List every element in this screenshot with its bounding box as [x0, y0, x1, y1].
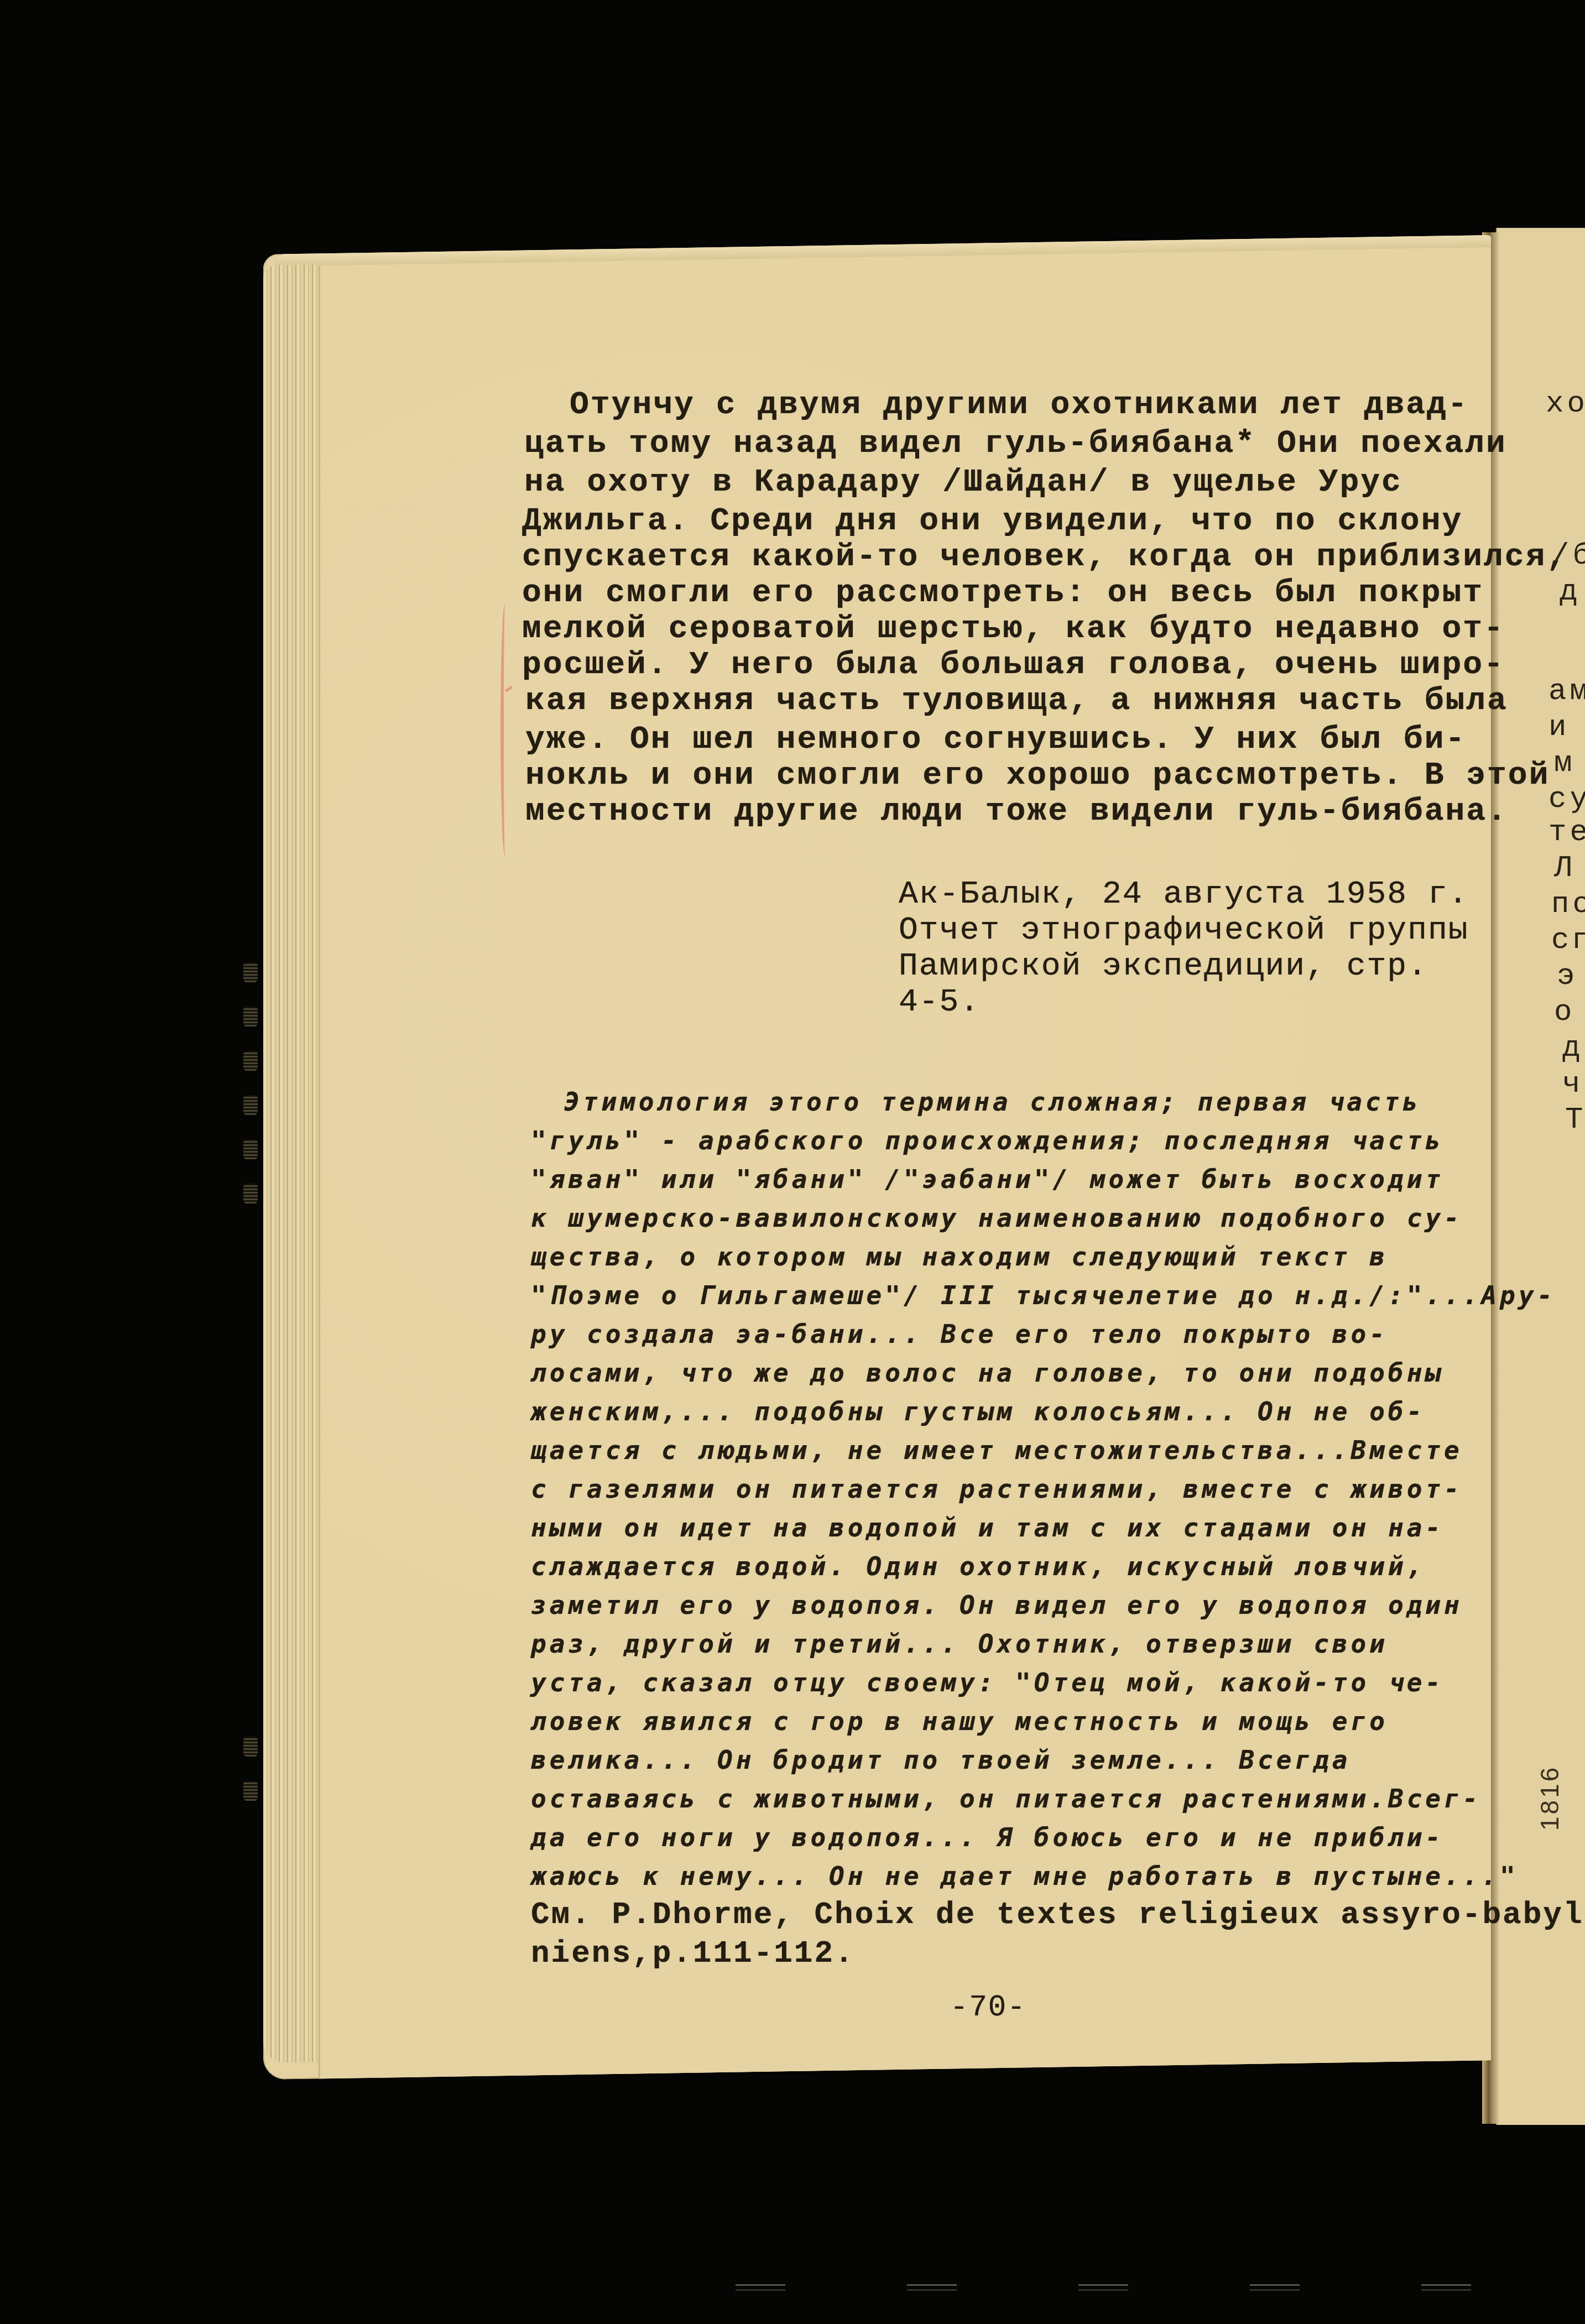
fragment-line: м	[1554, 747, 1575, 780]
paragraph-line: спускается какой-то человек, когда он пр…	[522, 539, 1567, 575]
footnote-line: ловек явился с гор в нашу местность и мо…	[531, 1706, 1388, 1736]
paragraph-line: Джильга. Среди дня они увидели, что по с…	[522, 503, 1463, 539]
scan-background: Отунчу с двумя другими охотниками лет дв…	[0, 0, 1585, 2324]
fragment-line: э	[1557, 960, 1578, 993]
footnote-line: ру создала эа-бани... Все его тело покры…	[531, 1319, 1388, 1349]
paragraph-line: они смогли его рассмотреть: он весь был …	[522, 575, 1484, 611]
fragment-line: Т	[1565, 1103, 1585, 1137]
fragment-line: д	[1560, 575, 1581, 609]
fragment-line: сп	[1551, 924, 1585, 957]
paragraph-line: местности другие люди тоже видели гуль-б…	[525, 794, 1508, 830]
paragraph-line: мелкой сероватой шерстью, как будто неда…	[522, 611, 1505, 647]
page-number: -70-	[950, 1991, 1026, 2025]
footnote-line: к шумерско-вавилонскому наименованию под…	[531, 1203, 1463, 1233]
signature-line: Памирской экспедиции, стр.	[899, 949, 1428, 984]
paragraph-line: уже. Он шел немного согнувшись. У них бы…	[525, 722, 1466, 758]
footnote-line: уста, сказал отцу своему: "Отец мой, как…	[531, 1668, 1444, 1697]
paragraph-line: цать тому назад видел гуль-биябана* Они …	[524, 426, 1507, 462]
fragment-line: /б	[1551, 539, 1585, 573]
paragraph-line: нокль и они смогли его хорошо рассмотрет…	[525, 758, 1550, 794]
footnote-line: ными он идет на водопой и там с их стада…	[531, 1513, 1444, 1543]
signature-line: 4-5.	[899, 984, 980, 1020]
signature-line: Ак-Балык, 24 августа 1958 г.	[899, 877, 1469, 913]
fragment-line: о	[1554, 996, 1575, 1029]
film-bottom-marks	[736, 2284, 1510, 2295]
fragment-line: и	[1548, 711, 1570, 744]
footnote-line: с газелями он питается растениями, вмест…	[531, 1474, 1463, 1504]
fragment-line: по	[1551, 888, 1585, 921]
fragment-line: су	[1548, 783, 1585, 816]
footnote-line: да его ноги у водопоя... Я боюсь его и н…	[531, 1822, 1444, 1852]
citation-line: niens,p.111-112.	[531, 1936, 855, 1971]
footnote-line: лосами, что же до волос на голове, то он…	[531, 1358, 1444, 1388]
footnote-line: оставаясь с животными, он питается расте…	[531, 1784, 1481, 1814]
signature-line: Отчет этнографической группы	[899, 913, 1469, 949]
archive-stamp-number: 1816	[1535, 1765, 1565, 1831]
footnote-line: жаюсь к нему... Он не дает мне работать …	[531, 1861, 1519, 1891]
footnote-line: женским,... подобны густым колосьям... О…	[531, 1397, 1425, 1426]
fragment-line: Л	[1554, 852, 1575, 885]
paragraph-line: Отунчу с двумя другими охотниками лет дв…	[570, 387, 1469, 423]
citation-line: См. P.Dhorme, Choix de textes religieux …	[531, 1897, 1585, 1932]
footnote-line: Этимология этого термина сложная; первая…	[564, 1087, 1421, 1117]
right-page-fragment	[1496, 228, 1585, 2125]
footnote-line: велика... Он бродит по твоей земле... Вс…	[531, 1745, 1351, 1775]
page-stack-edges	[263, 264, 319, 2063]
footnote-line: заметил его у водопоя. Он видел его у во…	[531, 1590, 1463, 1620]
fragment-line: ч	[1562, 1067, 1583, 1101]
fragment-line: ам	[1548, 675, 1585, 708]
paragraph-line: росшей. У него была большая голова, очен…	[522, 647, 1505, 683]
fragment-line: д	[1562, 1031, 1583, 1065]
fragment-line: те	[1548, 816, 1585, 850]
footnote-line: щества, о котором мы находим следующий т…	[531, 1242, 1388, 1272]
pencil-margin-mark	[500, 604, 509, 856]
footnote-line: щается с людьми, не имеет местожительств…	[531, 1435, 1463, 1465]
footnote-line: "Поэме о Гильгамеше"/ III тысячелетие до…	[531, 1280, 1556, 1310]
footnote-line: раз, другой и третий... Охотник, отверзш…	[531, 1629, 1388, 1659]
paragraph-line: на охоту в Карадару /Шайдан/ в ущелье Ур…	[524, 465, 1402, 501]
fragment-line: хо	[1546, 387, 1585, 421]
paragraph-line: кая верхняя часть туловища, а нижняя час…	[525, 683, 1508, 719]
film-edge-marks	[243, 962, 265, 2013]
footnote-line: слаждается водой. Один охотник, искусный…	[531, 1551, 1425, 1581]
footnote-line: "яван" или "ябани" /"эабани"/ может быть…	[531, 1164, 1444, 1194]
footnote-line: "гуль" - арабского происхождения; послед…	[531, 1125, 1444, 1155]
